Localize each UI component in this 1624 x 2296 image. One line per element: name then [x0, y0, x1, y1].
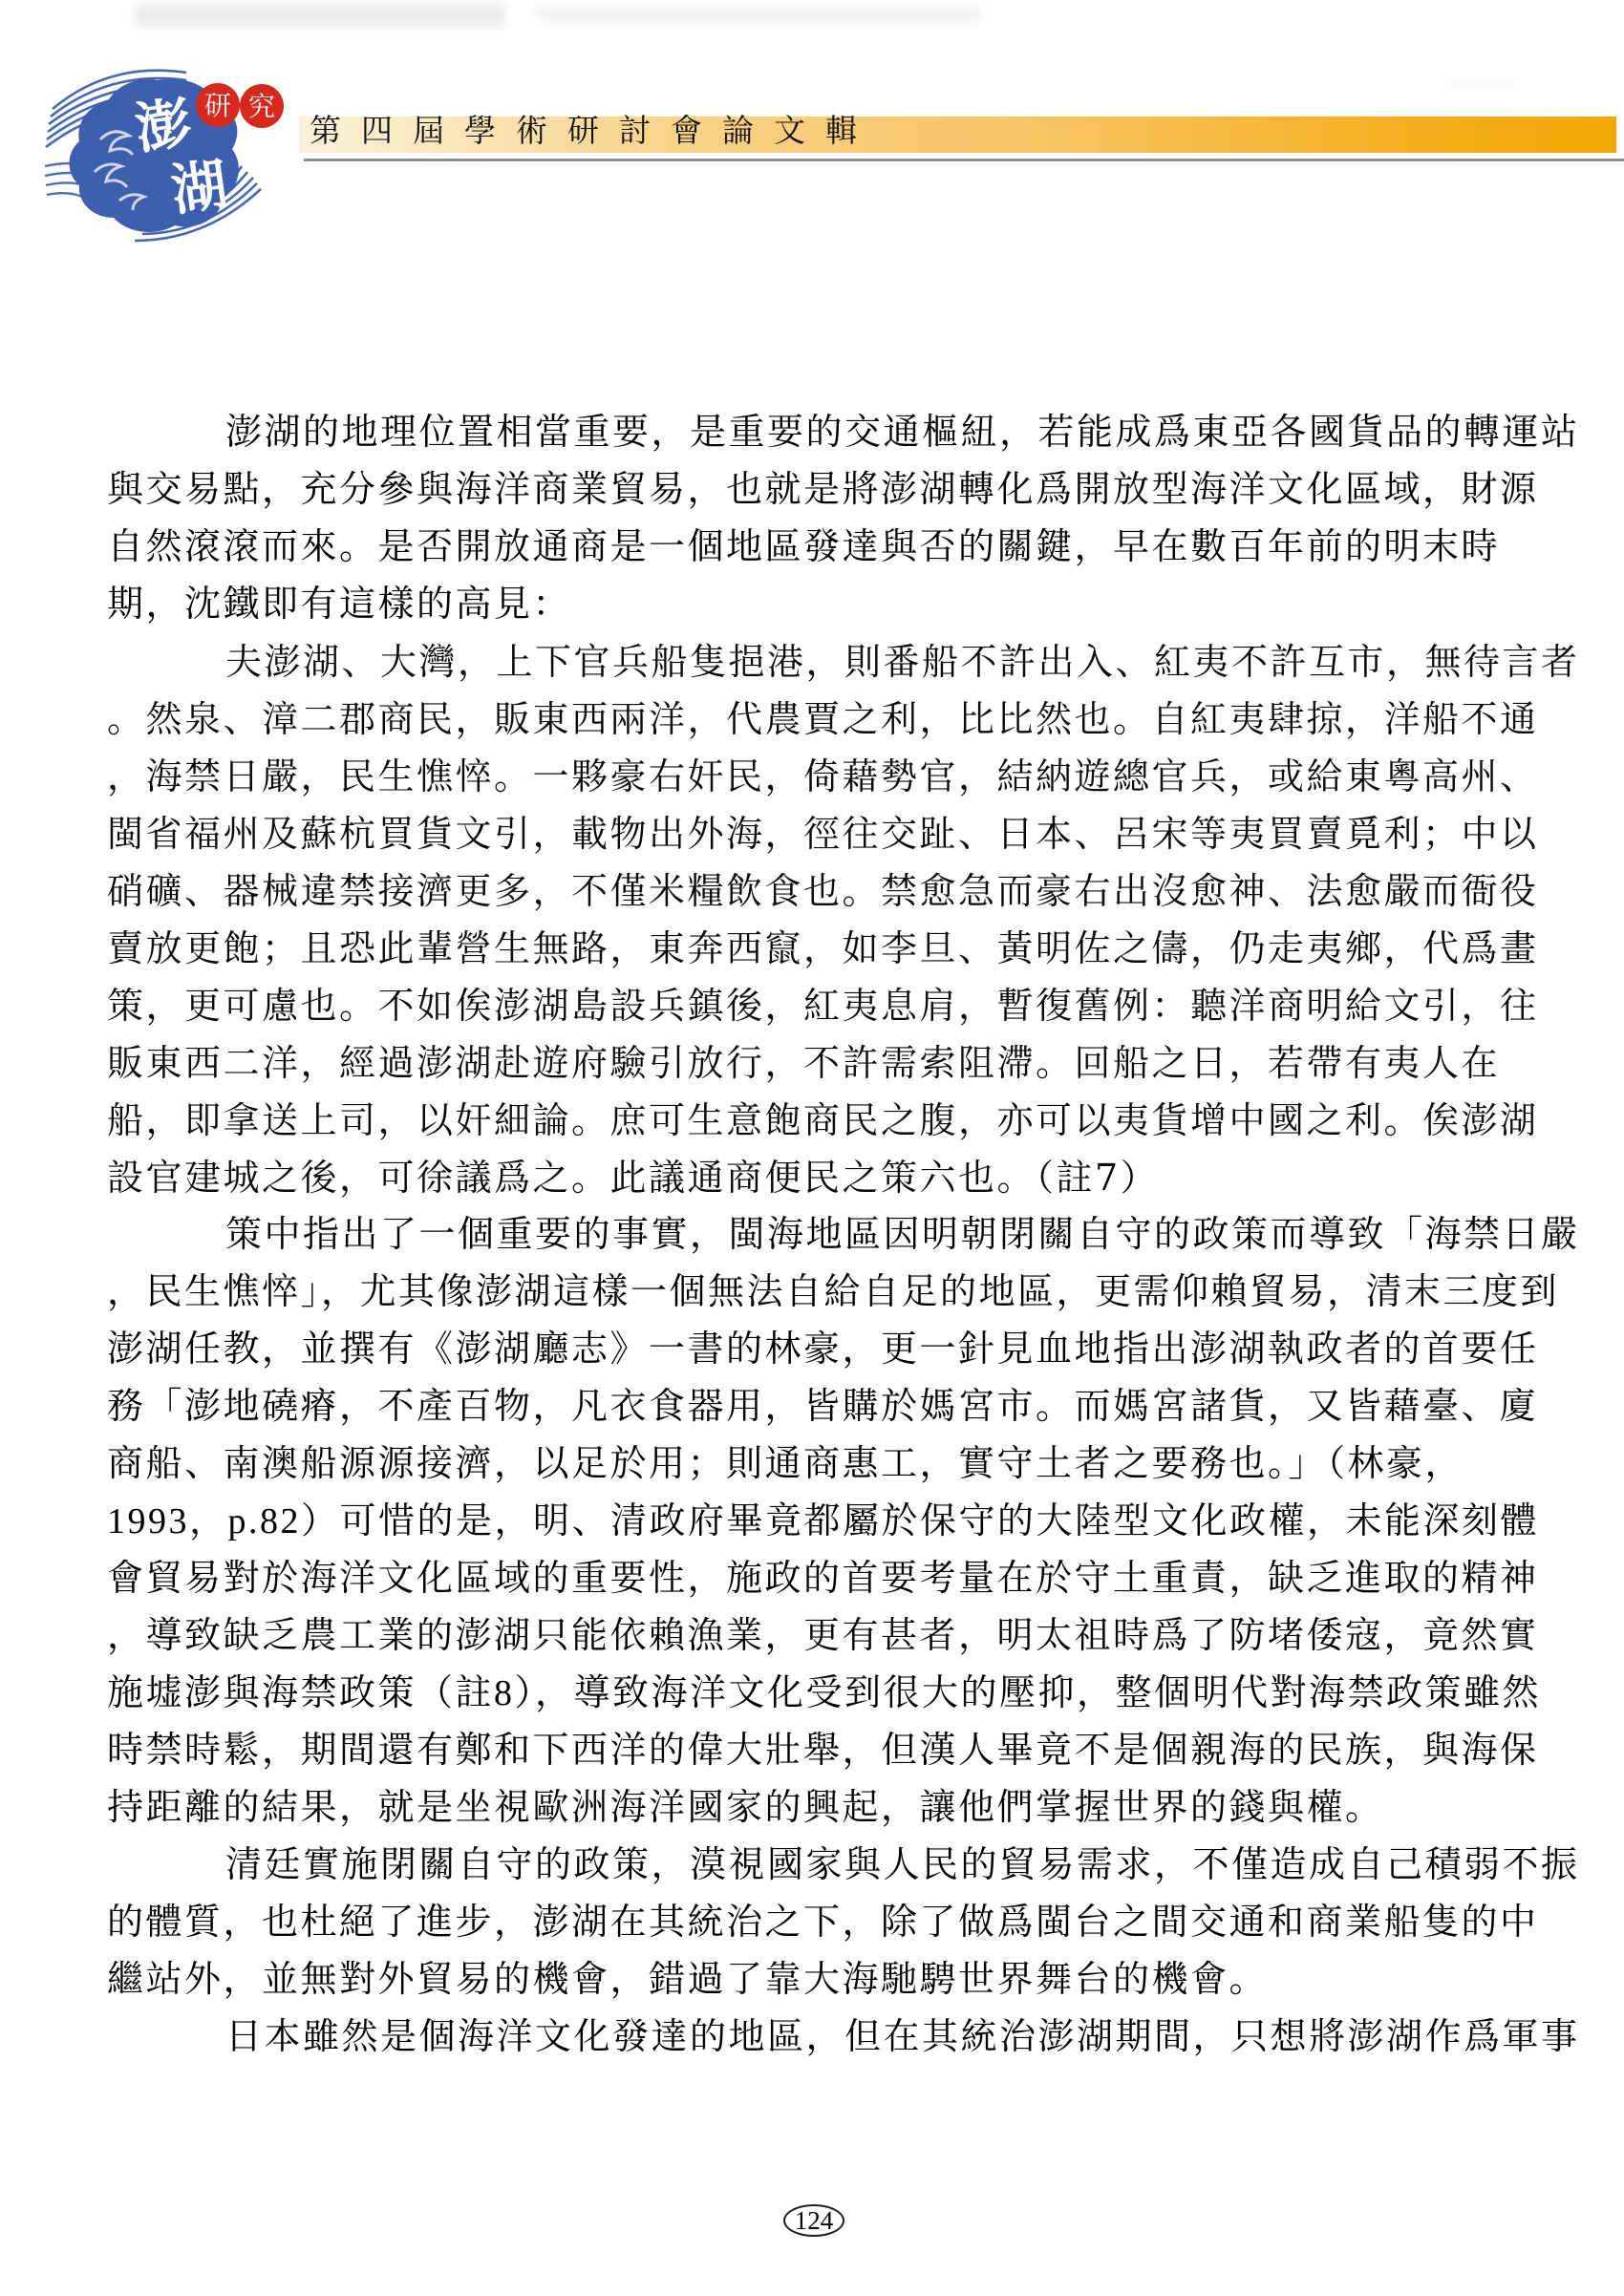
scan-artifact	[134, 4, 506, 27]
badge-jiu: 究	[240, 84, 284, 128]
text-line: 1993，p.82）可惜的是，明、清政府畢竟都屬於保守的大陸型文化政權，未能深刻…	[107, 1493, 1545, 1550]
text-line: 日本雖然是個海洋文化發達的地區，但在其統治澎湖期間，只想將澎湖作爲軍事	[107, 2009, 1545, 2066]
header-rule	[304, 159, 1624, 161]
quote-line: 策，更可慮也。不如俟澎湖島設兵鎮後，紅夷息肩，暫復舊例：聽洋商明給文引，往	[107, 977, 1545, 1034]
text-line: ，民生憔悴」，尤其像澎湖這樣一個無法自給自足的地區，更需仰賴貿易，清末三度到	[107, 1264, 1545, 1321]
page-number-badge: 124	[783, 2204, 844, 2237]
penghu-logo: 澎 湖 研 究	[43, 53, 301, 249]
text-line: 繼站外，並無對外貿易的機會，錯過了靠大海馳騁世界舞台的機會。	[107, 1951, 1545, 2009]
quote-line: 閩省福州及蘇杭買貨文引，載物出外海，徑往交趾、日本、呂宋等夷買賣覓利；中以	[107, 805, 1545, 862]
svg-text:研: 研	[204, 92, 231, 121]
quote-line: 硝礦、器械違禁接濟更多，不僅米糧飲食也。禁愈急而豪右出沒愈神、法愈嚴而衙役	[107, 862, 1545, 920]
quote-line: 船，即拿送上司，以奸細論。庶可生意飽商民之腹，亦可以夷貨增中國之利。俟澎湖	[107, 1092, 1545, 1149]
quote-line: 夫澎湖、大灣，上下官兵船隻挹港，則番船不許出入、紅夷不許互市，無待言者	[107, 633, 1545, 691]
text-line: 施墟澎與海禁政策（註8），導致海洋文化受到很大的壓抑，整個明代對海禁政策雖然	[107, 1665, 1545, 1722]
document-page: 澎 湖 研 究 第四屆學術研討會論文輯 澎湖的地理位置相當重要，是重要的交通樞紐…	[0, 0, 1624, 2296]
logo-char-hu: 湖	[167, 153, 230, 222]
scan-artifact	[1452, 80, 1519, 88]
page-number: 124	[795, 2208, 834, 2234]
badge-yan: 研	[196, 83, 240, 127]
text-line: 期，沈鐵即有這樣的高見：	[107, 576, 1545, 633]
text-line: 與交易點，充分參與海洋商業貿易，也就是將澎湖轉化爲開放型海洋文化區域，財源	[107, 461, 1545, 519]
quote-line: ，海禁日嚴，民生憔悴。一夥豪右奸民，倚藉勢官，結納遊總官兵，或給東粵高州、	[107, 748, 1545, 805]
quote-line: 販東西二洋，經過澎湖赴遊府驗引放行，不許需索阻滯。回船之日，若帶有夷人在	[107, 1034, 1545, 1092]
text-line: 自然滾滾而來。是否開放通商是一個地區發達與否的關鍵，早在數百年前的明末時	[107, 519, 1545, 576]
text-line: 策中指出了一個重要的事實，閩海地區因明朝閉關自守的政策而導致「海禁日嚴	[107, 1206, 1545, 1264]
text-line: 務「澎地磽瘠，不產百物，凡衣食器用，皆購於媽宮市。而媽宮諸貨，又皆藉臺、廈	[107, 1378, 1545, 1435]
scan-artifact	[535, 8, 984, 21]
body-text: 澎湖的地理位置相當重要，是重要的交通樞紐，若能成爲東亞各國貨品的轉運站與交易點，…	[107, 404, 1545, 2066]
text-line: 澎湖任教，並撰有《澎湖廳志》一書的林豪，更一針見血地指出澎湖執政者的首要任	[107, 1321, 1545, 1378]
text-line: 澎湖的地理位置相當重要，是重要的交通樞紐，若能成爲東亞各國貨品的轉運站	[107, 404, 1545, 461]
quote-line: 設官建城之後，可徐議爲之。此議通商便民之策六也。（註7）	[107, 1149, 1545, 1206]
text-line: ，導致缺乏農工業的澎湖只能依賴漁業，更有甚者，明太祖時爲了防堵倭寇，竟然實	[107, 1607, 1545, 1665]
banner-title: 第四屆學術研討會論文輯	[310, 109, 877, 155]
text-line: 的體質，也杜絕了進步，澎湖在其統治之下，除了做爲閩台之間交通和商業船隻的中	[107, 1894, 1545, 1951]
text-line: 清廷實施閉關自守的政策，漠視國家與人民的貿易需求，不僅造成自己積弱不振	[107, 1837, 1545, 1894]
text-line: 持距離的結果，就是坐視歐洲海洋國家的興起，讓他們掌握世界的錢與權。	[107, 1779, 1545, 1837]
svg-text:究: 究	[248, 92, 275, 122]
text-line: 商船、南澳船源源接濟，以足於用；則通商惠工，實守土者之要務也。」（林豪，	[107, 1435, 1545, 1493]
text-line: 會貿易對於海洋文化區域的重要性，施政的首要考量在於守土重責，缺乏進取的精神	[107, 1550, 1545, 1607]
quote-line: 賣放更飽；且恐此輩營生無路，東奔西竄，如李旦、黃明佐之儔，仍走夷鄉，代爲畫	[107, 920, 1545, 977]
text-line: 時禁時鬆，期間還有鄭和下西洋的偉大壯舉，但漢人畢竟不是個親海的民族，與海保	[107, 1722, 1545, 1779]
logo-char-peng: 澎	[132, 92, 195, 160]
quote-line: 。然泉、漳二郡商民，販東西兩洋，代農賈之利，比比然也。自紅夷肆掠，洋船不通	[107, 691, 1545, 748]
